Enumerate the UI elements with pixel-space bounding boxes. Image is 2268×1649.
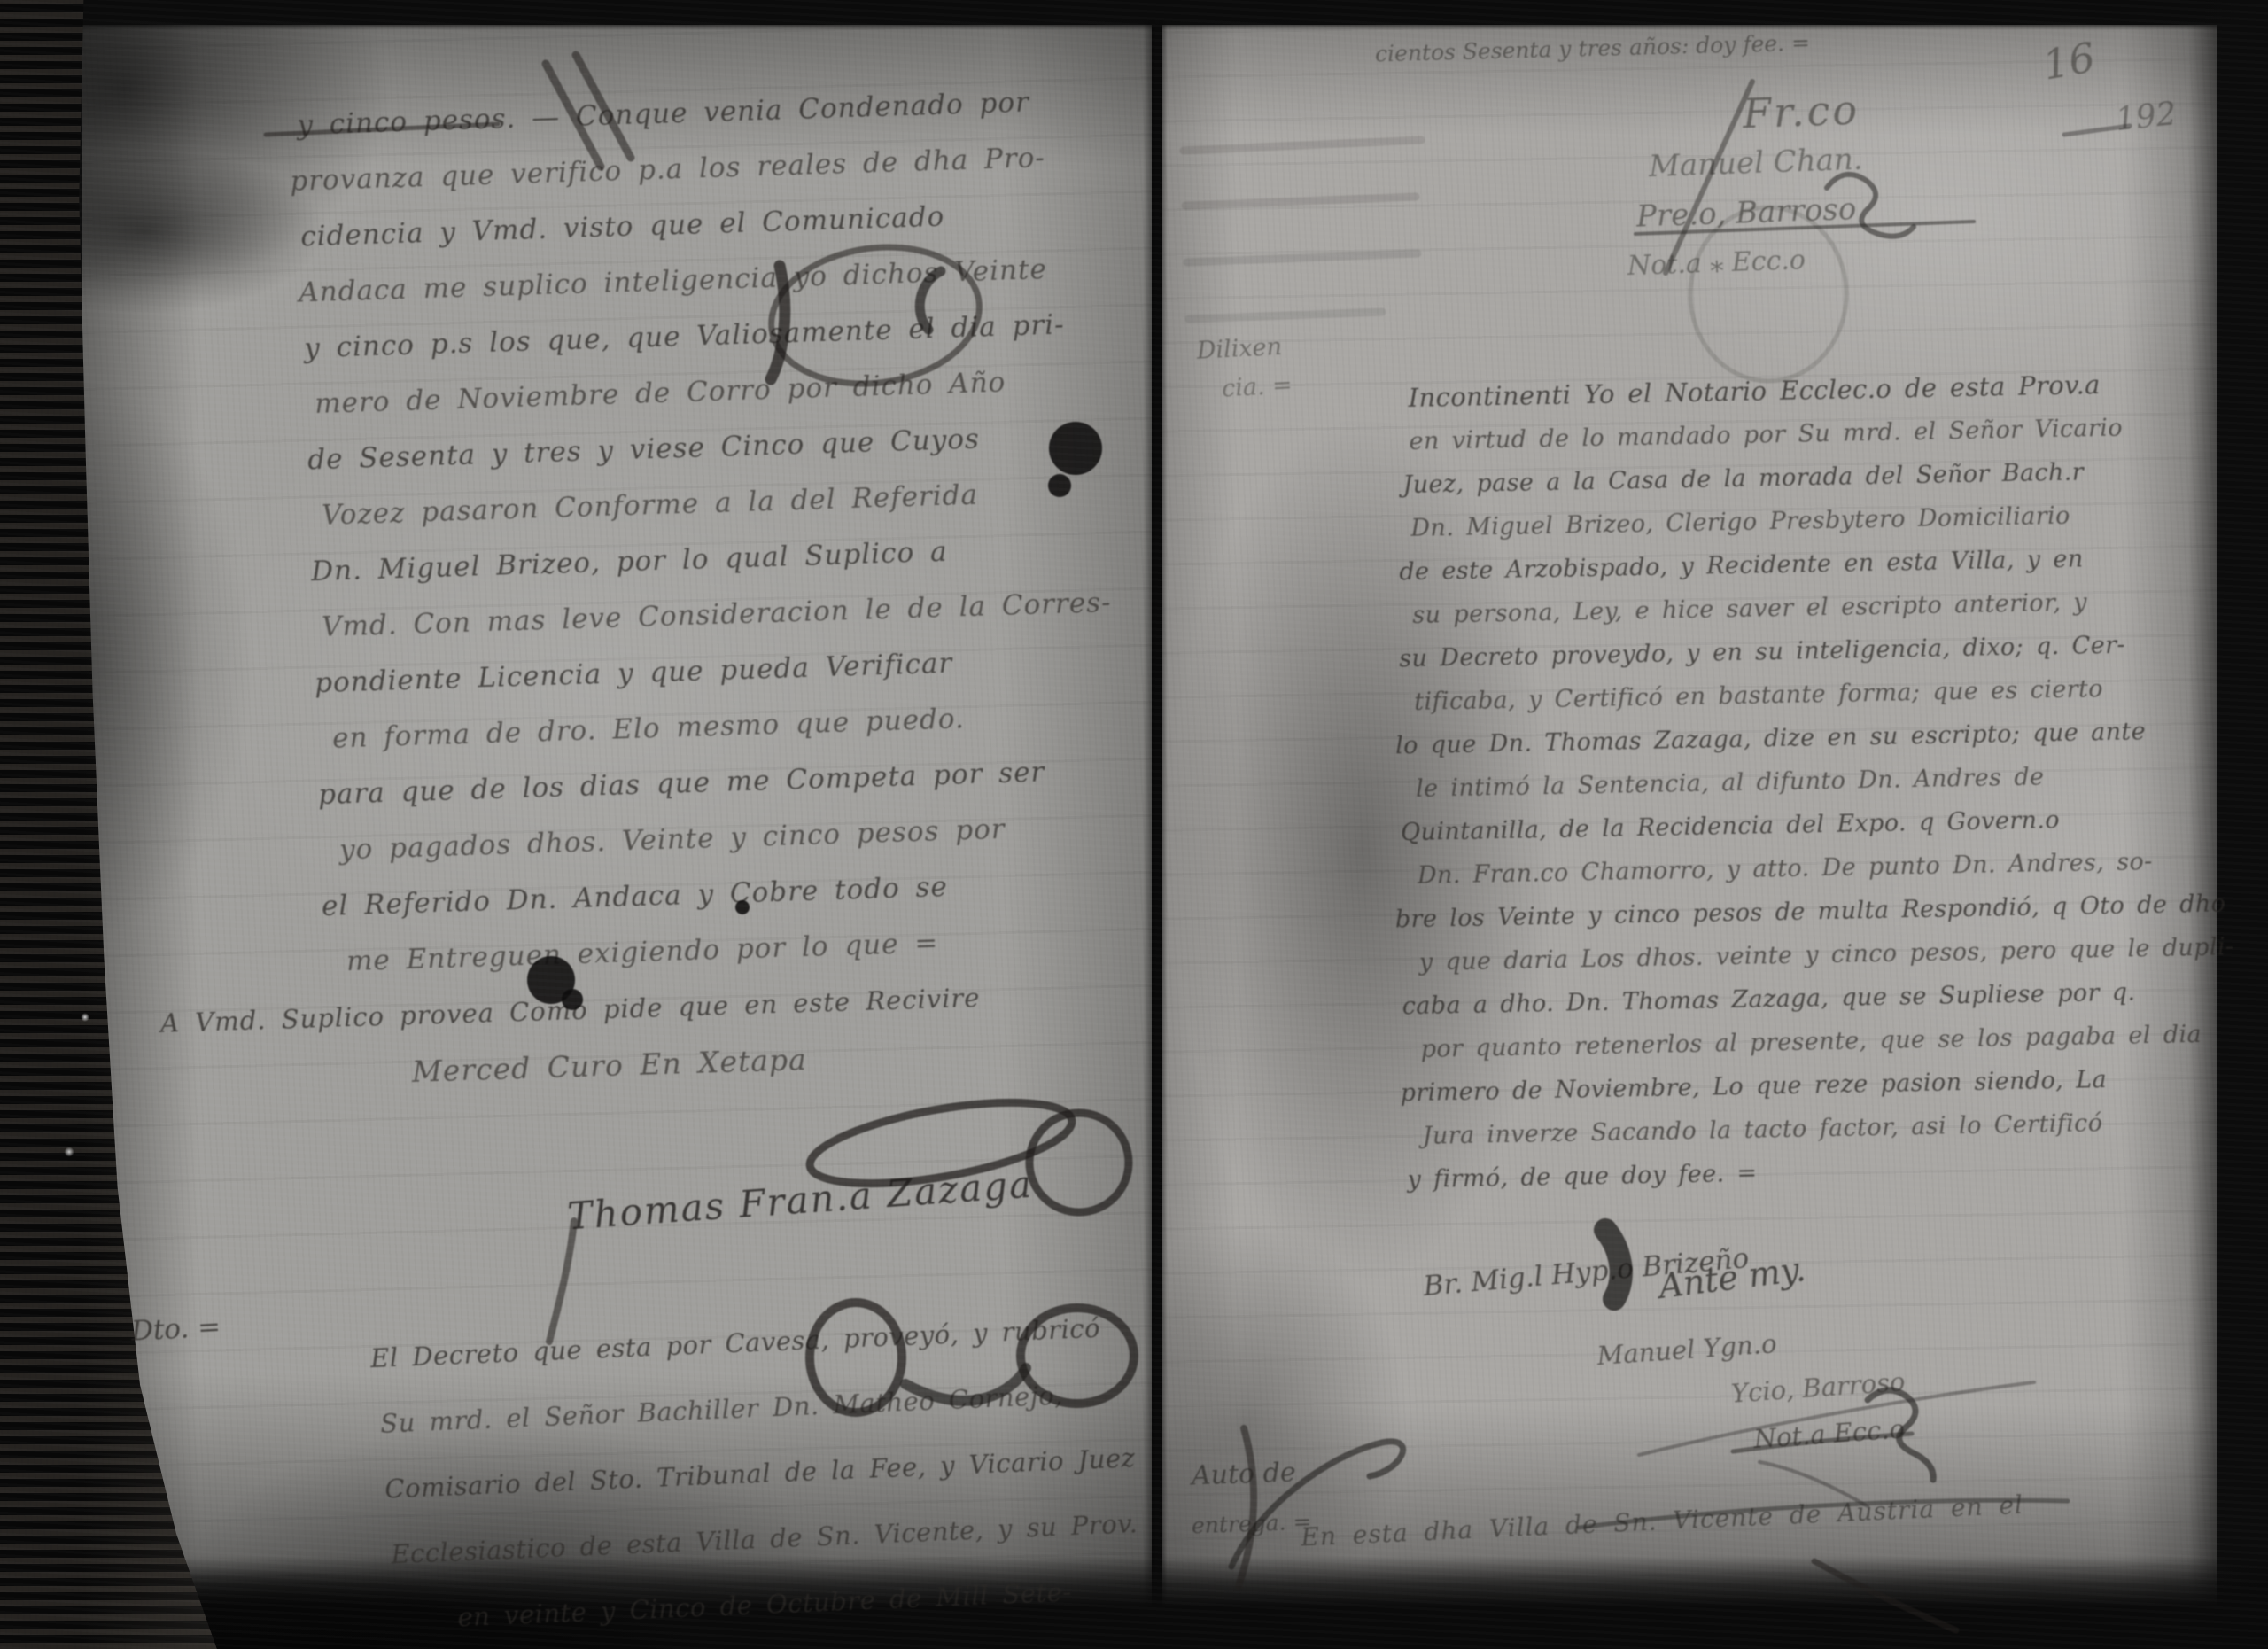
manuscript-line: Not.a ⁎ Ecc.o xyxy=(1627,234,1867,292)
margin-diligencia-label: Dilixencia. = xyxy=(1196,327,1293,409)
manuscript-line: Auto de xyxy=(1191,1448,1310,1502)
manuscript-line: entrega. = xyxy=(1191,1497,1312,1552)
notary-header-block: Fr.coManuel Chan.Pre.o, BarrosoNot.a ⁎ E… xyxy=(1637,85,1867,292)
manuscript-scan: y cinco pesos. — Conque venia Condenado … xyxy=(0,0,2268,1649)
petition-paragraph: y cinco pesos. — Conque venia Condenado … xyxy=(296,73,1126,1102)
folio-mark-small: 16 xyxy=(2039,33,2099,89)
decree-paragraph: El Decreto que esta por Cavesa, proveyó,… xyxy=(369,1294,1142,1649)
manuscript-line: Pre.o, Barroso xyxy=(1635,184,1865,242)
manuscript-line: cia. = xyxy=(1221,366,1293,408)
decree-margin-label: Dto. = xyxy=(130,1311,221,1347)
notary-signature-block: Manuel Ygn.oYcio, BarrosoNot.a Ecc.o xyxy=(1596,1311,1910,1474)
folio-mark-large: 192 xyxy=(2114,97,2179,139)
manuscript-line: Fr.co xyxy=(1742,85,1861,139)
auto-entrega-label: Auto deentrega. = xyxy=(1191,1448,1312,1552)
page-gutter xyxy=(1143,0,1168,1649)
scan-top-border xyxy=(0,0,2268,30)
diligence-paragraph: Incontinenti Yo el Notario Ecclec.o de e… xyxy=(1408,361,2239,1201)
manuscript-line: Manuel Chan. xyxy=(1648,135,1863,191)
manuscript-line: Dilixen xyxy=(1196,327,1292,370)
